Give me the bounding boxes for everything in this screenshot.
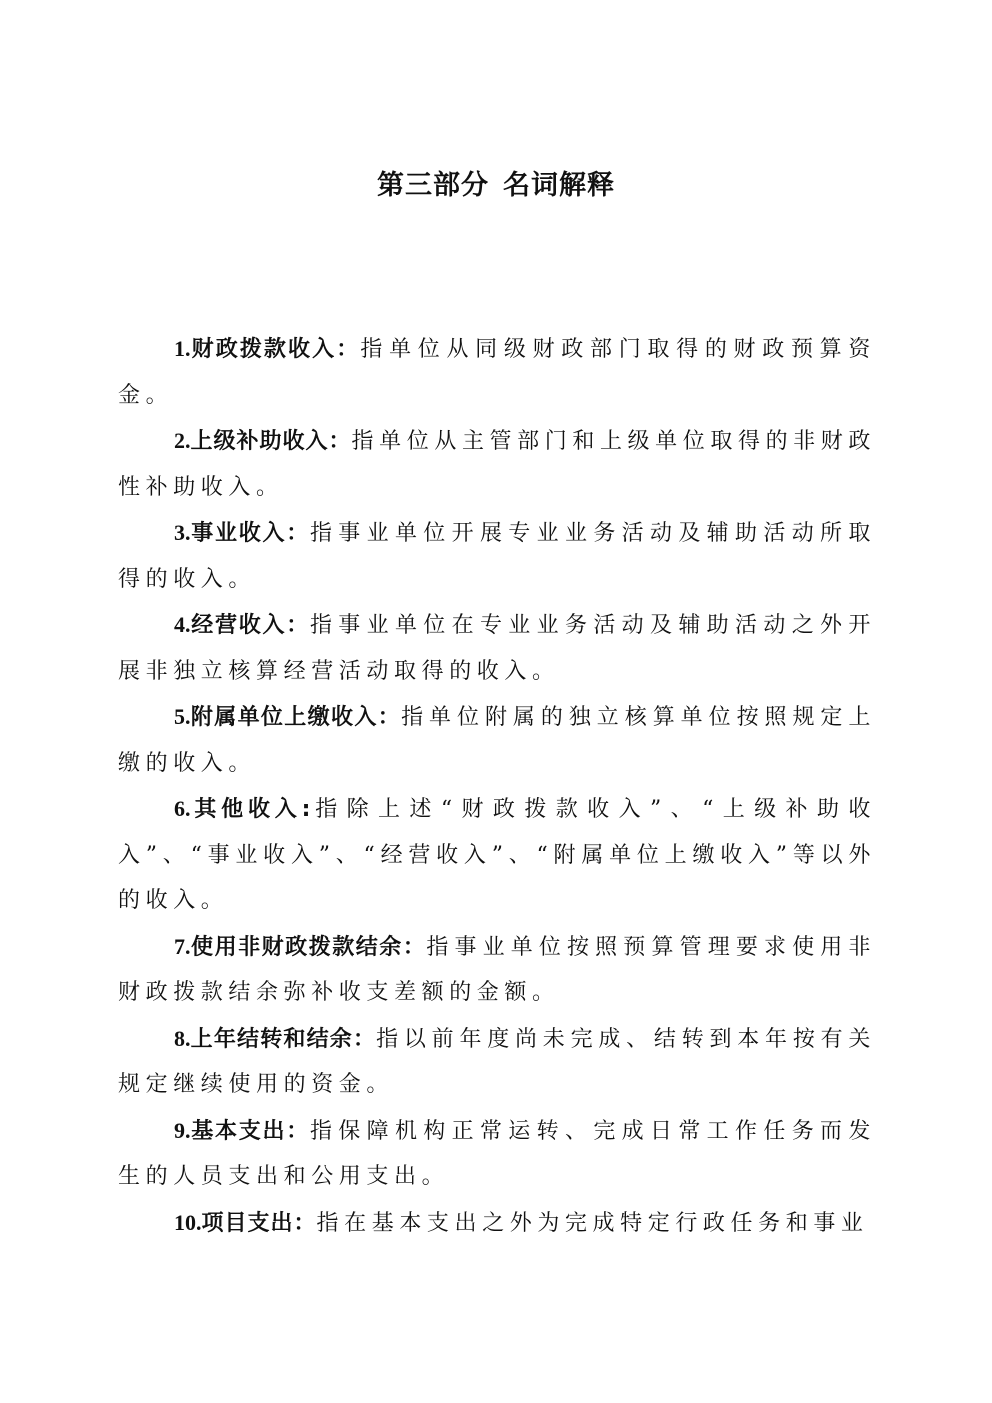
glossary-entry-10: 10.项目支出：指在基本支出之外为完成特定行政任务和事业 <box>118 1200 876 1247</box>
entry-term: 使用非财政拨款结余： <box>191 935 427 960</box>
entry-term: 上级补助收入： <box>191 429 352 454</box>
glossary-entry-9: 9.基本支出：指保障机构正常运转、完成日常工作任务而发生的人员支出和公用支出。 <box>118 1108 876 1200</box>
entry-number: 10. <box>174 1210 202 1235</box>
entry-term: 事业收入： <box>191 521 310 546</box>
glossary-entry-6: 6.其他收入:指除上述“财政拨款收入”、“上级补助收入”、“事业收入”、“经营收… <box>118 786 876 924</box>
entry-term: 上年结转和结余： <box>191 1027 377 1052</box>
entry-term: 财政拨款收入： <box>191 337 361 362</box>
title-part: 第三部分 <box>377 170 489 201</box>
entry-number: 4. <box>174 612 191 637</box>
entry-term: 附属单位上缴收入： <box>191 705 402 730</box>
entry-term: 基本支出： <box>191 1119 310 1144</box>
entry-definition: 指在基本支出之外为完成特定行政任务和事业 <box>317 1211 869 1236</box>
glossary-entry-1: 1.财政拨款收入：指单位从同级财政部门取得的财政预算资金。 <box>118 326 876 418</box>
glossary-content: 1.财政拨款收入：指单位从同级财政部门取得的财政预算资金。 2.上级补助收入：指… <box>118 326 876 1246</box>
glossary-entry-2: 2.上级补助收入：指单位从主管部门和上级单位取得的非财政性补助收入。 <box>118 418 876 510</box>
entry-term: 其他收入: <box>191 797 312 822</box>
page-title: 第三部分名词解释 <box>0 166 992 206</box>
glossary-entry-5: 5.附属单位上缴收入：指单位附属的独立核算单位按照规定上缴的收入。 <box>118 694 876 786</box>
entry-number: 6. <box>174 796 191 821</box>
entry-number: 5. <box>174 704 191 729</box>
glossary-entry-7: 7.使用非财政拨款结余：指事业单位按照预算管理要求使用非财政拨款结余弥补收支差额… <box>118 924 876 1016</box>
entry-term: 项目支出： <box>202 1211 317 1236</box>
title-name: 名词解释 <box>503 170 615 201</box>
entry-number: 1. <box>174 336 191 361</box>
entry-term: 经营收入： <box>191 613 310 638</box>
glossary-entry-4: 4.经营收入：指事业单位在专业业务活动及辅助活动之外开展非独立核算经营活动取得的… <box>118 602 876 694</box>
glossary-entry-3: 3.事业收入：指事业单位开展专业业务活动及辅助活动所取得的收入。 <box>118 510 876 602</box>
glossary-entry-8: 8.上年结转和结余：指以前年度尚未完成、结转到本年按有关规定继续使用的资金。 <box>118 1016 876 1108</box>
entry-number: 3. <box>174 520 191 545</box>
entry-number: 7. <box>174 934 191 959</box>
entry-number: 8. <box>174 1026 191 1051</box>
entry-number: 9. <box>174 1118 191 1143</box>
entry-number: 2. <box>174 428 191 453</box>
